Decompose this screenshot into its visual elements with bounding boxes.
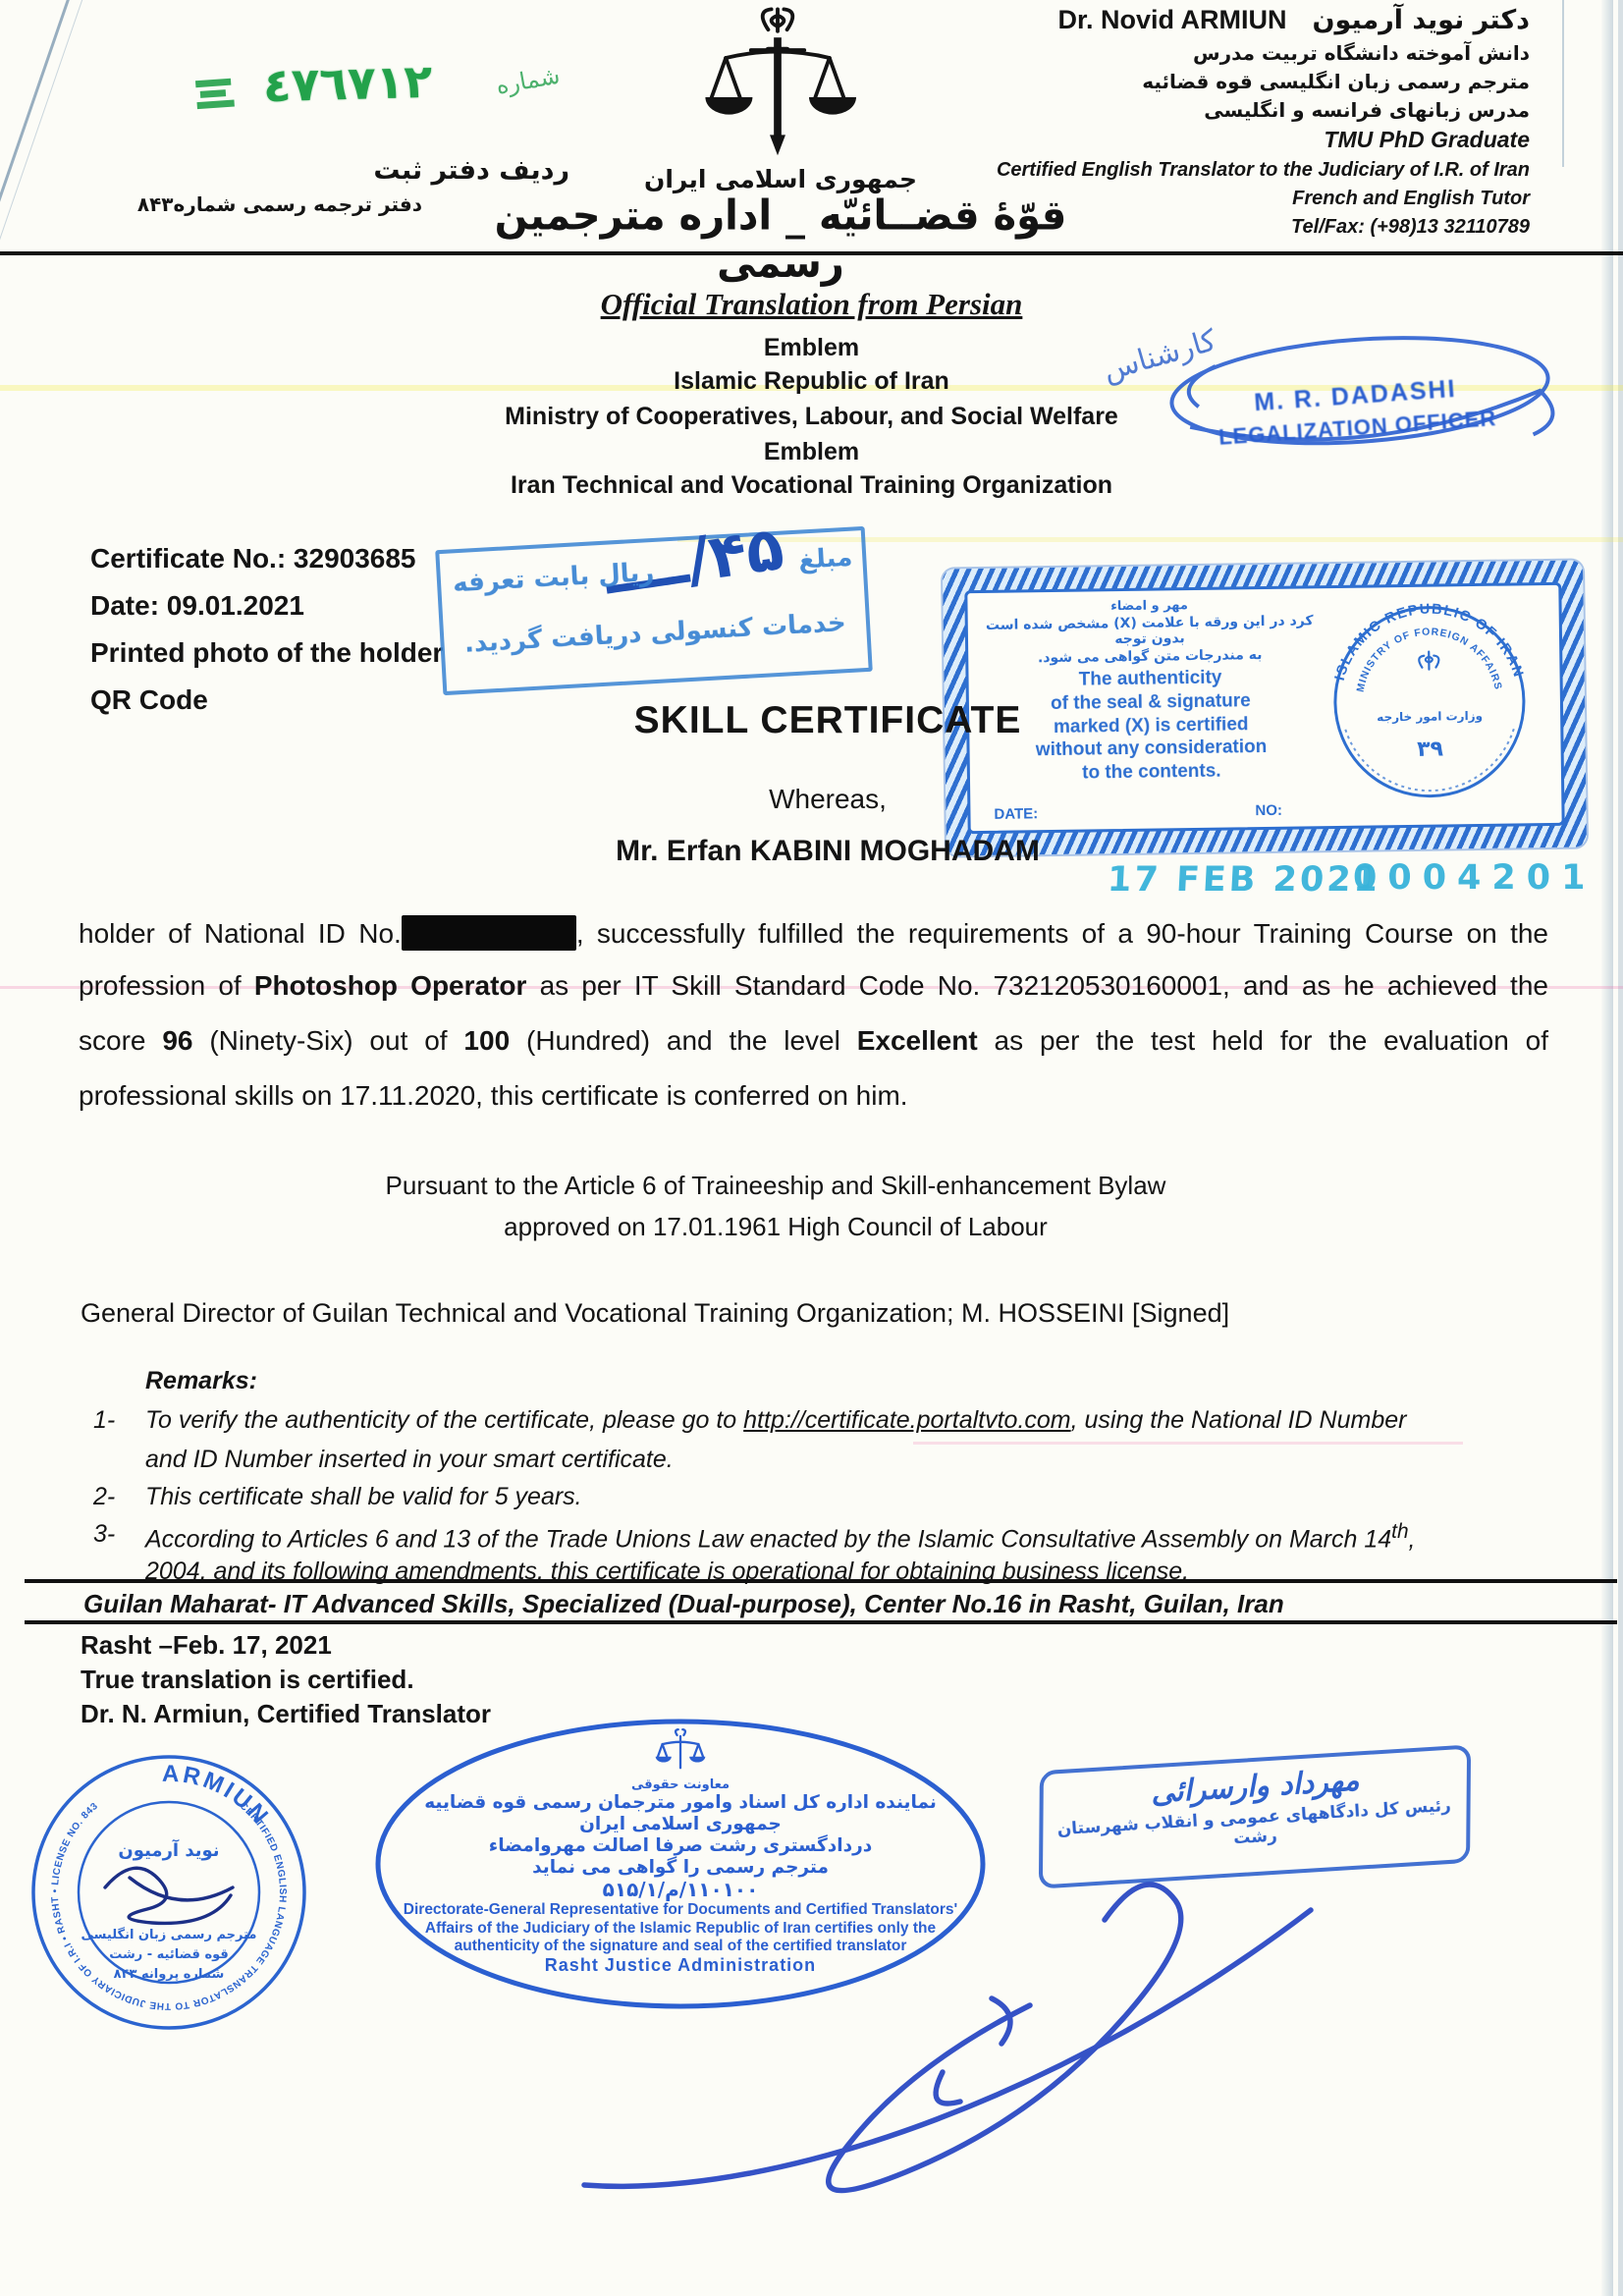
justice-seal-fa-top: معاونت حقوقی [401, 1777, 960, 1792]
holder-name: Mr. Erfan KABINI MOGHADAM [0, 835, 1623, 868]
translator-letterhead: Dr. Novid ARMIUN دکتر نوید آرمیون دانش آ… [980, 6, 1530, 238]
footer-rule-2 [25, 1620, 1617, 1624]
scan-artifact-diagonal-line-2 [0, 0, 89, 259]
masthead-divider [0, 251, 1623, 255]
registry-serial-number: ٤٧٦٧١٢ [262, 55, 433, 113]
letterhead-fa-line1: دانش آموخته دانشگاه تربیت مدرس [980, 42, 1530, 64]
printed-photo-note: Printed photo of the holder [90, 629, 443, 677]
whereas-line: Whereas, [0, 784, 1623, 815]
judiciary-scales-emblem [699, 6, 856, 165]
body-line-1: holder of National ID No., successfully … [79, 915, 1548, 951]
translator-seal-fa-line1: مترجم رسمی زبان انگلیسی [81, 1927, 257, 1942]
translator-seal-fa-line2: قوه قضائیه - رشت [109, 1947, 229, 1962]
certified-line: True translation is certified. [81, 1665, 414, 1695]
svg-text:NOVID ARMIUN: NOVID ARMIUN [12, 1730, 275, 1831]
remark-1-line-2: and ID Number inserted in your smart cer… [145, 1446, 1559, 1474]
letterhead-telfax: Tel/Fax: (+98)13 32110789 [980, 216, 1530, 238]
scanner-streak-pink-2 [913, 1442, 1463, 1445]
pen-signature [530, 1846, 1345, 2229]
remark-2-number: 2- [93, 1483, 115, 1511]
fee-received-line: خدمات کنسولی دریافت گردید. [444, 607, 867, 660]
certificate-date: Date: 09.01.2021 [90, 582, 443, 629]
letterhead-en-line2: Certified English Translator to the Judi… [980, 159, 1530, 181]
justice-seal-fa-line1: نماینده اداره کل اسناد وامور مترجمان رسم… [401, 1792, 960, 1835]
training-center-line: Guilan Maharat- IT Advanced Skills, Spec… [83, 1589, 1284, 1619]
remark-3-number: 3- [93, 1520, 115, 1549]
scanned-certificate-page: ٤٧٦٧١٢ شماره ردیف دفتر ثبت دفتر ترجمه رس… [0, 0, 1623, 2296]
director-signature-line: General Director of Guilan Technical and… [81, 1298, 1229, 1329]
remark-2-text: This certificate shall be valid for 5 ye… [145, 1483, 1559, 1511]
redacted-national-id [402, 915, 576, 951]
green-stamp-mark [192, 75, 247, 114]
pursuant-line-2: approved on 17.01.1961 High Council of L… [0, 1212, 1551, 1242]
footer-rule-1 [25, 1579, 1617, 1583]
translator-seal-signature [105, 1868, 233, 1923]
remark-3-line-1: According to Articles 6 and 13 of the Tr… [145, 1520, 1559, 1554]
certificate-info-block: Certificate No.: 32903685 Date: 09.01.20… [90, 535, 443, 725]
certificate-number: Certificate No.: 32903685 [90, 535, 443, 582]
remark-1-number: 1- [93, 1406, 115, 1435]
translator-seal-name-arc: NOVID ARMIUN [12, 1730, 275, 1831]
consular-fee-stamp: مبلغ ۴۵/ــــ ریال بابت تعرفه خدمات کنسول… [435, 526, 873, 695]
translator-seal-fa-line3: شماره پروانه ۸۴۳ [114, 1967, 225, 1982]
skill-certificate-title: SKILL CERTIFICATE [0, 699, 1623, 742]
remark-1-line-1: To verify the authenticity of the certif… [145, 1406, 1559, 1435]
remarks-heading: Remarks: [145, 1367, 257, 1395]
scan-edge-top-right [1562, 0, 1564, 167]
letterhead-en-line1: TMU PhD Graduate [980, 128, 1530, 152]
country-name-calligraphy: جمهوری اسلامی ایران [535, 165, 1026, 193]
letterhead-fa-line3: مدرس زبانهای فرانسه و انگلیسی [980, 99, 1530, 121]
translator-round-seal: NOVID ARMIUN CERTIFIED ENGLISH LANGUAGE … [12, 1730, 326, 2054]
pursuant-line-1: Pursuant to the Article 6 of Traineeship… [0, 1171, 1551, 1201]
translator-seal-fa-name: نوید آرمیون [118, 1838, 219, 1861]
body-line-2: profession of Photoshop Operator as per … [79, 970, 1548, 1002]
mfa-persian-text: مهر و امضاء کرد در این ورقه با علامت (X)… [977, 596, 1322, 667]
place-date-line: Rasht –Feb. 17, 2021 [81, 1630, 332, 1661]
translator-name-en: Dr. Novid ARMIUN [1058, 6, 1287, 35]
translation-office-label: دفتر ترجمه رسمی شماره۸۴۳ [128, 192, 422, 216]
legalization-officer-stamp: کارشناس M. R. DADASHI LEGALIZATION OFFIC… [1154, 301, 1585, 478]
translator-name-fa: دکتر نوید آرمیون [1313, 6, 1530, 35]
letterhead-en-line3: French and English Tutor [980, 188, 1530, 209]
fee-amount-word: مبلغ [797, 543, 853, 575]
doc-header-tvto: Iran Technical and Vocational Training O… [0, 471, 1623, 500]
verification-url: http://certificate.portaltvto.com [743, 1406, 1070, 1434]
letterhead-fa-line2: مترجم رسمی زبان انگلیسی قوه قضائیه [980, 71, 1530, 92]
body-line-4: professional skills on 17.11.2020, this … [79, 1080, 1548, 1112]
body-line-3: score 96 (Ninety-Six) out of 100 (Hundre… [79, 1025, 1548, 1057]
registry-serial-label: شماره [494, 62, 562, 100]
